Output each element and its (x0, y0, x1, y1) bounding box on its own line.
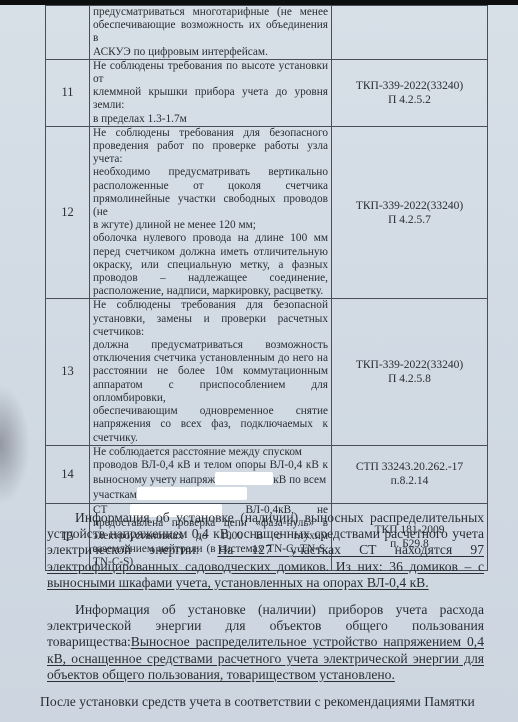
desc-line: обеспечивающие возможность их объединени… (93, 19, 328, 45)
desc-line: земли: (93, 99, 328, 112)
desc-line: обеспечивающим одновременное снятие (93, 405, 328, 418)
reference-clause: п.8.2.14 (335, 474, 484, 488)
desc-line: проводов – надлежащее соединение, (93, 272, 328, 285)
paragraph-after-installation: После установки средств учета в соответс… (40, 694, 477, 710)
desc-line: отключения счетчика установленным до нег… (93, 352, 328, 365)
desc-line: расстоянии не более 10м коммутационным (93, 365, 328, 378)
row-reference: ТКП-339-2022(33240) П 4.2.5.8 (332, 299, 488, 445)
table-row: 11 Не соблюдены требования по высоте уст… (46, 59, 488, 126)
table-row: предусматриваться многотарифные (не мене… (46, 6, 488, 60)
desc-line: клеммной крышки прибора учета до уровня (93, 86, 328, 99)
row-description: Не соблюдены требования для безопасного … (90, 126, 332, 299)
desc-line: прямолинейные участки свободных проводов… (93, 193, 328, 219)
row-reference: ТКП-339-2022(33240) П 4.2.5.7 (332, 126, 488, 299)
reference-code: ТКП-339-2022(33240) (335, 358, 484, 372)
row-reference (332, 6, 488, 60)
desc-line: счетчику. (93, 432, 328, 445)
desc-line: в жгуте) длиной не менее 120 мм; (93, 219, 328, 232)
reference-clause: П 4.2.5.8 (335, 372, 484, 386)
desc-line: проведения работ по проверке работы узла (93, 140, 328, 153)
desc-line: Не соблюдены требования по высоте устано… (93, 60, 328, 86)
redaction-mark (215, 472, 273, 485)
row-description: Не соблюдается расстояние между спуском … (90, 445, 332, 503)
table-row: 14 Не соблюдается расстояние между спуск… (46, 445, 488, 503)
desc-line: учета: (93, 153, 328, 166)
finger-shadow (0, 385, 30, 505)
desc-line: АСКУЭ по цифровым интерфейсам. (93, 46, 328, 59)
document-page: предусматриваться многотарифные (не мене… (0, 5, 518, 722)
reference-clause: П 4.2.5.7 (335, 213, 484, 227)
desc-line-redacted: участкам (93, 487, 328, 502)
row-reference: ТКП-339-2022(33240) П 4.2.5.2 (332, 59, 488, 126)
desc-line: оболочка нулевого провода на длине 100 м… (93, 232, 328, 245)
desc-line: счетчиков: (93, 326, 328, 339)
desc-line: расположение, надписи, маркировку, расцв… (93, 285, 328, 298)
desc-line: напряжения со всех фаз, подключаемых к (93, 418, 328, 431)
paragraph-text: После установки средств учета в соответс… (40, 694, 475, 709)
reference-code: ТКП-339-2022(33240) (335, 79, 484, 93)
row-number: 13 (46, 299, 90, 445)
desc-line: в пределах 1.3-1.7м (93, 113, 328, 126)
paragraph-common-use-meters: Информация об установке (наличии) прибор… (47, 602, 484, 683)
desc-line: аппаратом с приспособлением для опломбир… (93, 379, 328, 405)
desc-line: должна предусматриваться возможность (93, 339, 328, 352)
desc-line: Не соблюдается расстояние между спуском (93, 446, 328, 459)
table-row: 12 Не соблюдены требования для безопасно… (46, 126, 488, 299)
desc-line: установки, замены и проверки расчетных (93, 313, 328, 326)
desc-line: перед счетчиком должна иметь отличительн… (93, 246, 328, 259)
desc-line: окраску, или специальную метку, а фазных (93, 259, 328, 272)
row-reference: СТП 33243.20.262.-17 п.8.2.14 (332, 445, 488, 503)
desc-line: предусматриваться многотарифные (не мене… (93, 6, 328, 19)
desc-line: проводов ВЛ-0,4 кВ и телом опоры ВЛ-0,4 … (93, 459, 328, 472)
desc-line: необходимо предусматривать вертикально (93, 166, 328, 179)
reference-code: СТП 33243.20.262.-17 (335, 460, 484, 474)
reference-clause: П 4.2.5.2 (335, 93, 484, 107)
paragraph-remote-devices: Информация об установке (наличии) выносн… (47, 510, 484, 591)
desc-line: Не соблюдены требования для безопасной (93, 299, 328, 312)
redaction-mark (137, 487, 247, 500)
desc-line-redacted: выносному учету напряжкВ по всем (93, 472, 328, 487)
row-description: Не соблюдены требования для безопасной у… (90, 299, 332, 445)
desc-line: Не соблюдены требования для безопасного (93, 127, 328, 140)
row-description: предусматриваться многотарифные (не мене… (90, 6, 332, 60)
row-description: Не соблюдены требования по высоте устано… (90, 59, 332, 126)
row-number: 11 (46, 59, 90, 126)
row-number (46, 6, 90, 60)
requirements-table: предусматриваться многотарифные (не мене… (45, 5, 488, 571)
row-number: 14 (46, 445, 90, 503)
reference-code: ТКП-339-2022(33240) (335, 199, 484, 213)
desc-line: расположенные от цоколя счетчика (93, 180, 328, 193)
table-row: 13 Не соблюдены требования для безопасно… (46, 299, 488, 445)
row-number: 12 (46, 126, 90, 299)
